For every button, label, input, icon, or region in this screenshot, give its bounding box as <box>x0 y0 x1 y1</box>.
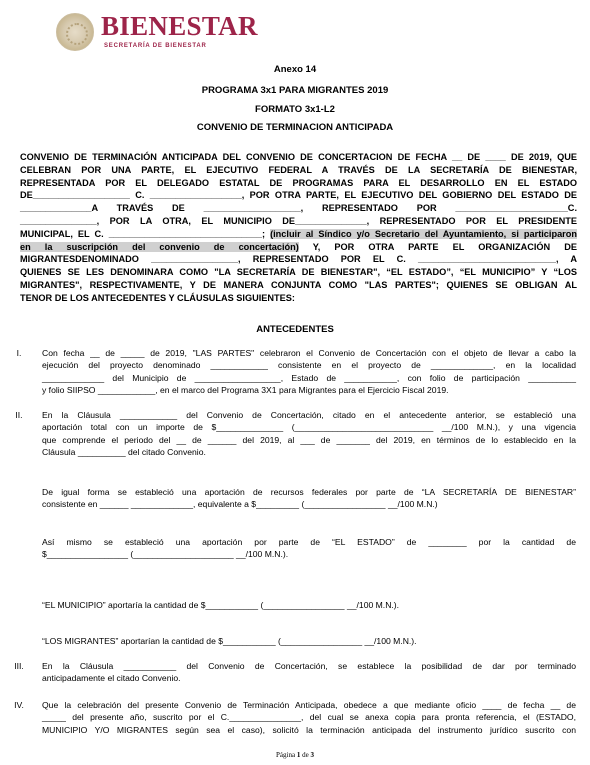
highlighted-note: (incluir al Síndico y/o Secretario del A… <box>270 229 577 239</box>
intro-line: MUNICIPAL, EL C. _______________________… <box>20 228 577 241</box>
intro-line: MIGRANTESDENOMINADO _________________, R… <box>20 253 577 266</box>
page-number: Página 1 de 3 <box>0 751 590 759</box>
item-number: IV. <box>5 699 33 711</box>
item-line: En la Cláusula ____________ del Convenio… <box>42 409 576 421</box>
intro-line: CONVENIO DE TERMINACIÓN ANTICIPADA DEL C… <box>20 151 577 164</box>
item-line: Con fecha __ de _____ de 2019, "LAS PART… <box>42 347 576 359</box>
item-line: Que la celebración del presente Convenio… <box>42 699 576 711</box>
item-line: MUNICIPIO Y/O MIGRANTES según sea el cas… <box>42 724 576 736</box>
format-title: FORMATO 3x1-L2 <box>0 104 590 115</box>
intro-line: CELEBRAN POR UNA PARTE, EL EJECUTIVO FED… <box>20 164 577 177</box>
item-line: ejecución del proyecto denominado ______… <box>42 359 576 371</box>
page-label: Página <box>276 751 295 759</box>
intro-line: MIGRANTES", RESPECTIVAMENTE, Y DE MANERA… <box>20 279 577 292</box>
intro-line: en la suscripción del convenio de concer… <box>20 241 577 254</box>
item-line: anticipadamente el citado Convenio. <box>42 672 576 684</box>
item-line: Así mismo se estableció una aportación p… <box>42 536 576 548</box>
page-total: 3 <box>310 751 314 759</box>
item-line: que comprende el periodo del __ de _____… <box>42 434 576 446</box>
intro-line: ______________A TRAVÉS DE ______________… <box>20 202 577 215</box>
item-line: Cláusula __________ del citado Convenio. <box>42 446 576 458</box>
item-line: consistente en ______ _____________, equ… <box>42 498 576 510</box>
intro-line: DE___________________ C. _______________… <box>20 189 577 202</box>
intro-line: TENOR DE LOS ANTECEDENTES Y CLÁUSULAS SI… <box>20 292 577 305</box>
brand-subtitle: SECRETARÍA DE BIENESTAR <box>104 43 207 49</box>
annex-title: Anexo 14 <box>0 64 590 75</box>
item-line: y folio SIIPSO ____________, en el marco… <box>42 384 576 396</box>
item-line: En la Cláusula ___________ del Convenio … <box>42 660 576 672</box>
item-line: _____________ del Municipio de _________… <box>42 372 576 384</box>
item-number: III. <box>5 660 33 672</box>
bienestar-logo: BIENESTAR SECRETARÍA DE BIENESTAR <box>56 13 266 57</box>
antecedentes-heading: ANTECEDENTES <box>0 324 590 335</box>
intro-text: MUNICIPAL, EL C. _______________________… <box>20 229 270 239</box>
intro-paragraph: CONVENIO DE TERMINACIÓN ANTICIPADA DEL C… <box>20 151 577 305</box>
agreement-title: CONVENIO DE TERMINACION ANTICIPADA <box>0 122 590 133</box>
intro-line: REPRESENTADA POR EL DELEGADO ESTATAL DE … <box>20 177 577 190</box>
page-of: de <box>302 751 309 759</box>
intro-text: Y, POR OTRA PARTE EL ORGANIZACIÓN DE <box>299 242 577 252</box>
item-number: II. <box>5 409 33 421</box>
brand-name: BIENESTAR <box>101 11 258 42</box>
intro-line: _______________, POR LA OTRA, EL MUNICIP… <box>20 215 577 228</box>
item-number: I. <box>5 347 33 359</box>
program-title: PROGRAMA 3x1 PARA MIGRANTES 2019 <box>0 85 590 96</box>
item-line: _____ del presente año, suscrito por el … <box>42 711 576 723</box>
item-line: $_________________ (____________________… <box>42 548 576 560</box>
highlighted-note: en la suscripción del convenio de concer… <box>20 242 299 252</box>
item-line: aportación total con un importe de $____… <box>42 421 576 433</box>
item-line: De igual forma se estableció una aportac… <box>42 486 576 498</box>
intro-line: QUIENES SE LES DENOMINARA COMO "LA SECRE… <box>20 266 577 279</box>
page-current: 1 <box>297 751 301 759</box>
coat-of-arms-icon <box>56 13 94 51</box>
item-line: “LOS MIGRANTES” aportarían la cantidad d… <box>42 635 576 647</box>
item-line: “EL MUNICIPIO” aportaría la cantidad de … <box>42 599 576 611</box>
